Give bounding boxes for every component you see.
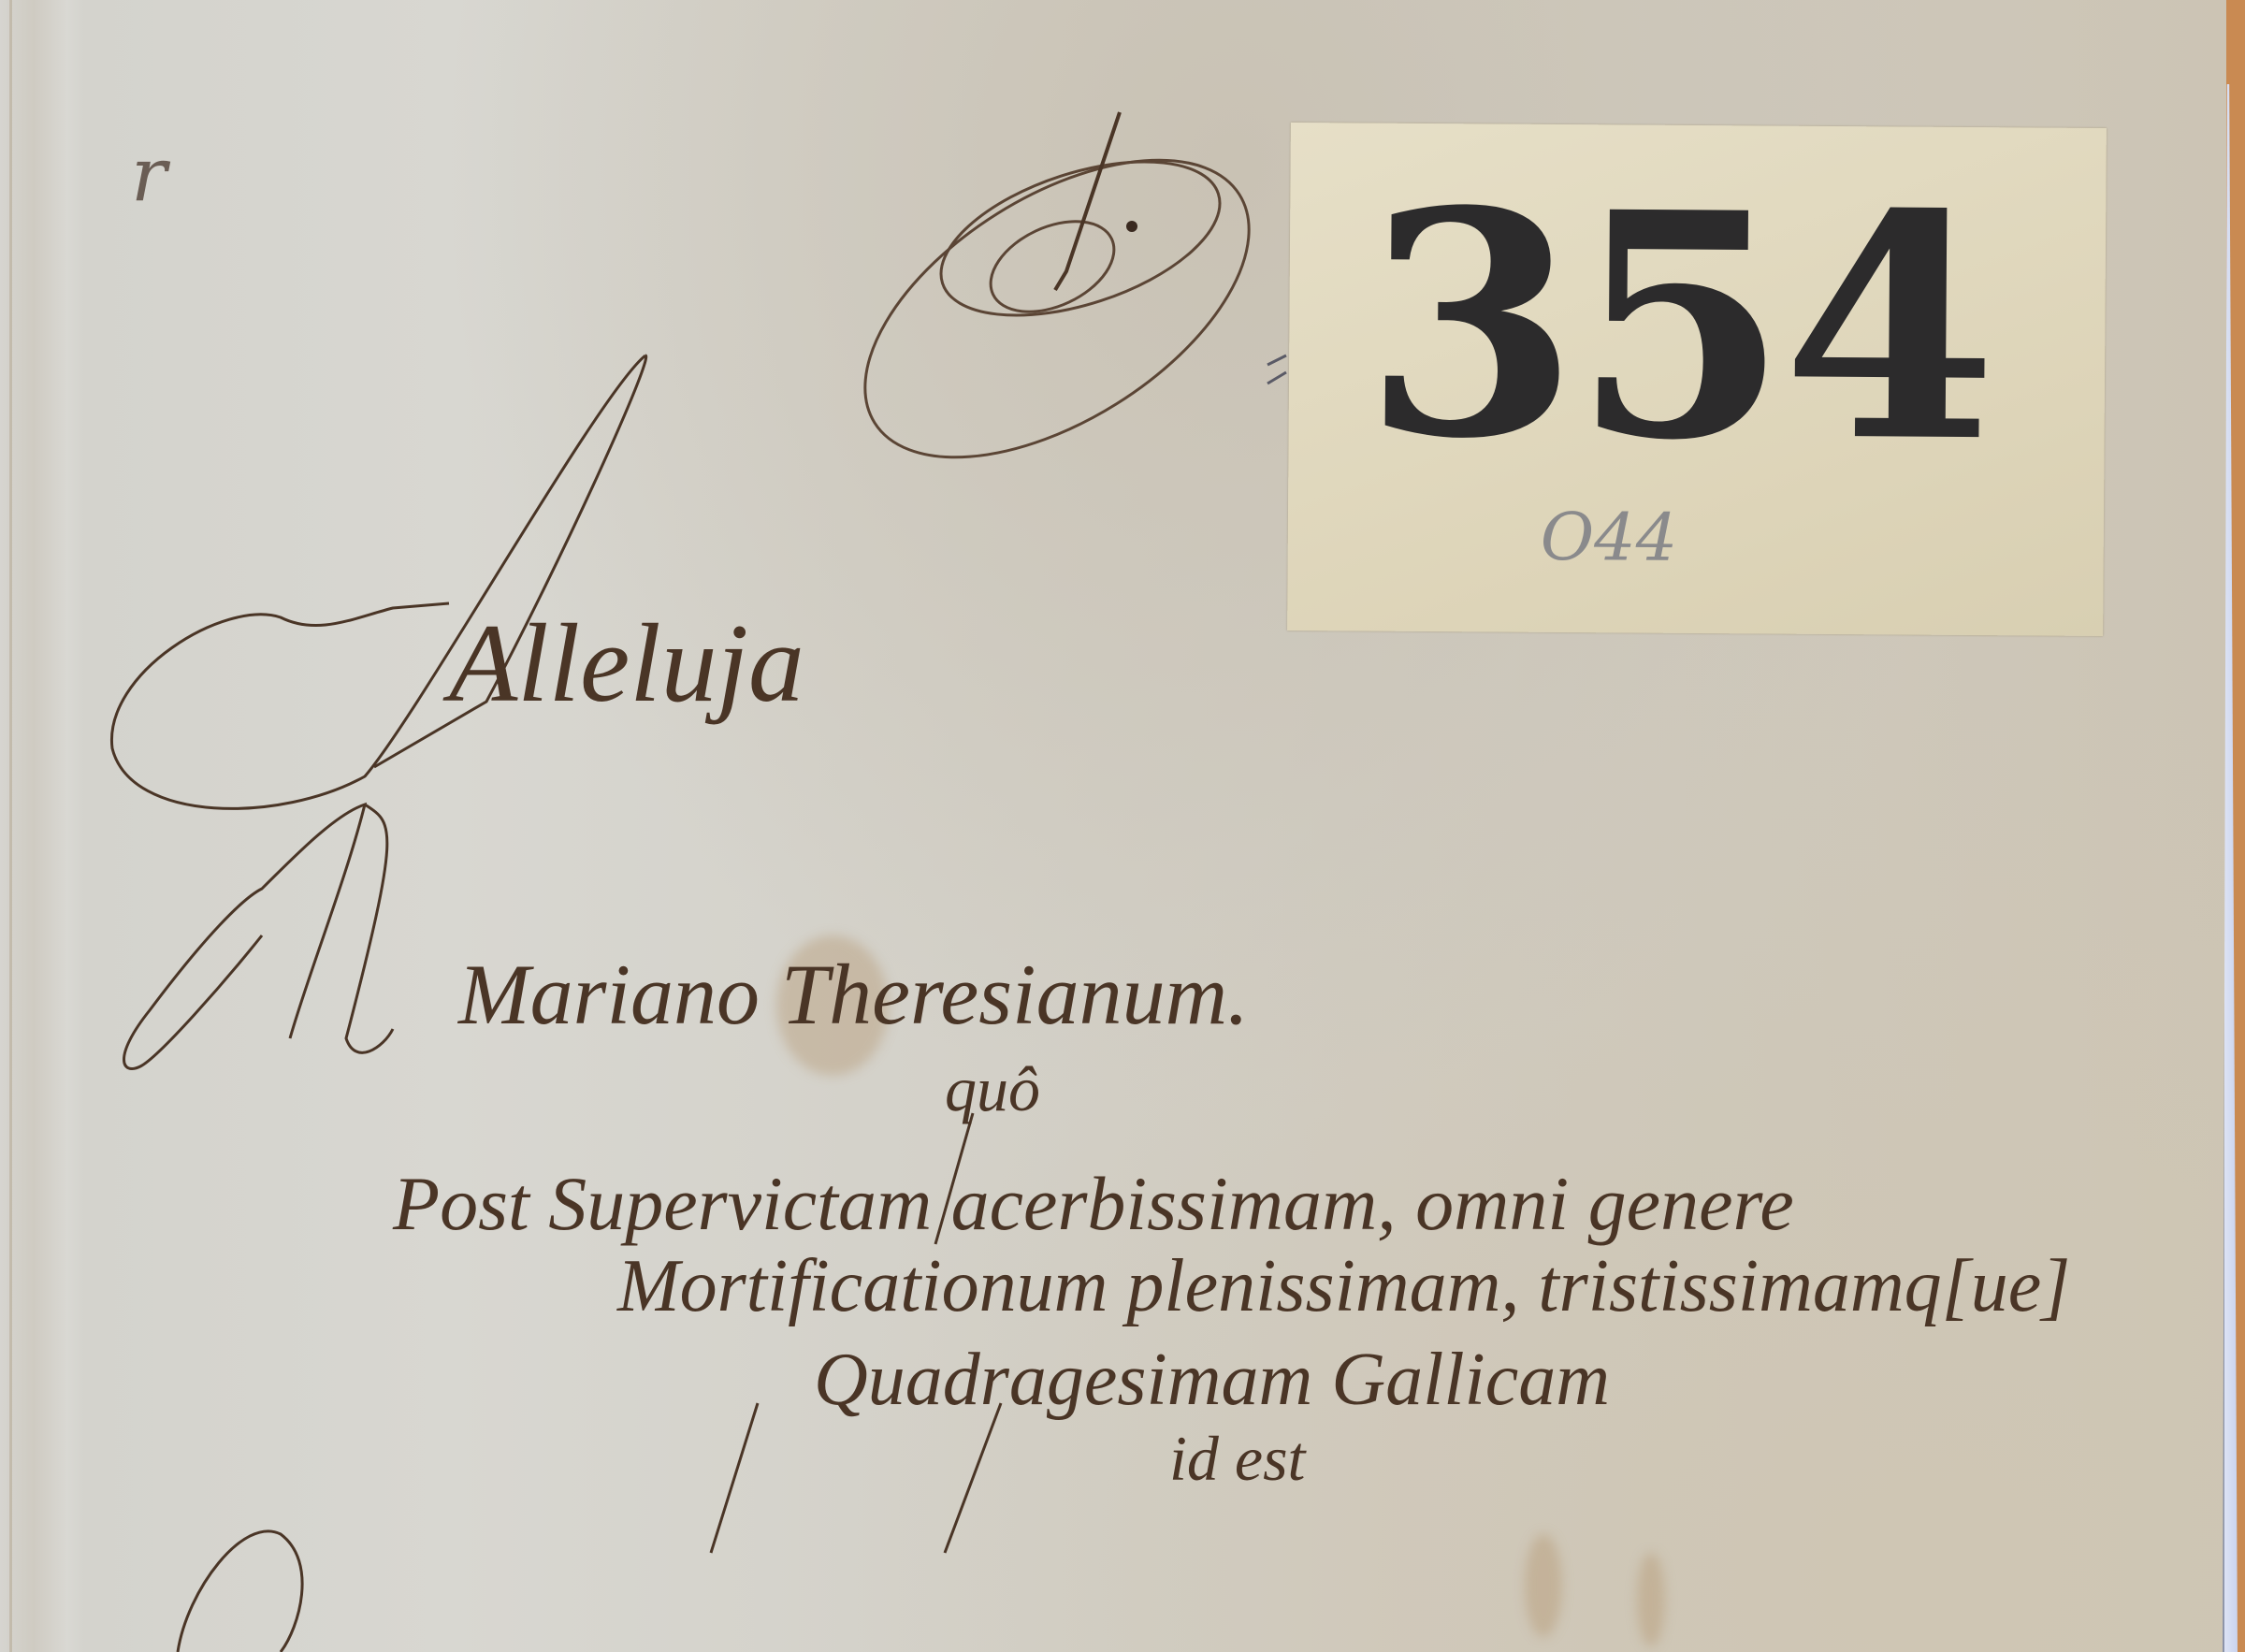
manuscript-page: r 354 O44 Alleluja Mariano Theresianum. … <box>0 0 2245 1652</box>
catalog-number: 354 <box>1363 170 1992 484</box>
text-line-3: Quadragesimam Gallicam <box>814 1338 1610 1423</box>
fold-line <box>9 0 12 1652</box>
catalog-label: 354 O44 <box>1287 123 2107 636</box>
text-line-4: id est <box>1169 1422 1305 1496</box>
corner-mark: r <box>131 131 167 218</box>
pencil-note: O44 <box>1541 499 1678 576</box>
text-quo: quô <box>945 1052 1040 1126</box>
ink-stain <box>1637 1553 1665 1646</box>
heading-alleluja: Alleluja <box>449 599 804 728</box>
text-line-2: Mortificationum plenissimam, tristissima… <box>617 1244 2070 1329</box>
left-paper-fold <box>0 0 84 1652</box>
heading-mariano-theresianum: Mariano Theresianum. <box>458 945 1249 1044</box>
ink-stain <box>1525 1534 1562 1637</box>
text-line-1: Post Supervictam acerbissimam, omni gene… <box>393 1160 1794 1248</box>
